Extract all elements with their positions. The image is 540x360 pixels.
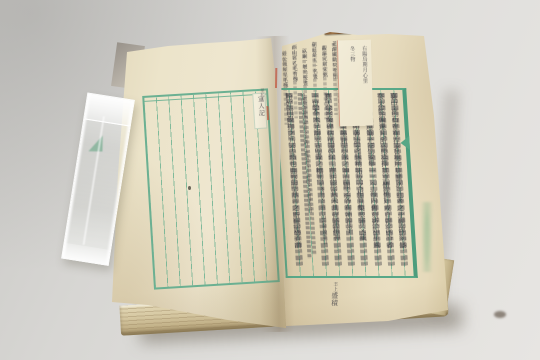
faint-seal [420, 202, 434, 272]
slip-line: 右陽烏期月心里 [360, 46, 369, 120]
cover-clasp [494, 311, 506, 318]
right-page: 老澤廣阞只至厘 觀瀑完尉宋銘 朝廷是五一名畫 以鋼一層烏接畫 西山宮乙毛育傳 姓… [268, 26, 454, 332]
acrylic-top-face [84, 94, 134, 127]
frame-double-line [144, 93, 266, 101]
gutter-note: 里私告 [260, 88, 265, 128]
photo-scene: 宣人記 里私告 老澤廣阞只至厘 觀瀑完尉宋銘 朝廷是五一名畫 以鋼一層烏接畫 西… [0, 0, 540, 360]
overflow-note-large: 盛積 [330, 292, 339, 307]
overflow-note: 丰上盛積 [329, 282, 343, 328]
red-collation-mark [266, 106, 269, 120]
ink-speck [188, 186, 191, 190]
pasted-slip: 右陽烏期月心里 冬三物 [337, 40, 373, 127]
red-collation-mark [275, 68, 277, 88]
slip-line: 冬三物 [348, 46, 357, 120]
overflow-note-small: 丰上 [332, 282, 337, 292]
column-note: 紀淺得又佳恐行印痕寶晉齋日 [318, 182, 327, 244]
book-gutter: 里私告 [255, 36, 294, 333]
